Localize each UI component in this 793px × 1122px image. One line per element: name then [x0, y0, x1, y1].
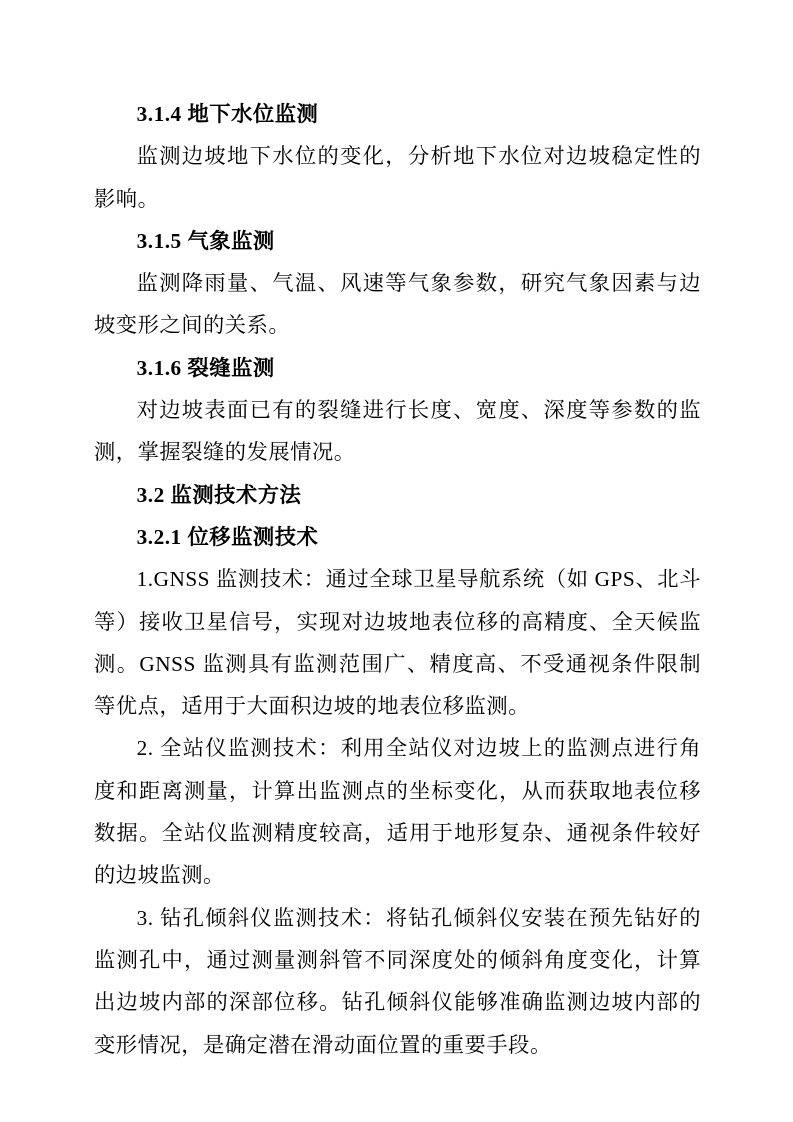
paragraph-borehole-inclinometer-technique: 3. 钻孔倾斜仪监测技术：将钻孔倾斜仪安装在预先钻好的监测孔中，通过测量测斜管不… — [94, 897, 701, 1066]
paragraph-crack-description: 对边坡表面已有的裂缝进行长度、宽度、深度等参数的监测，掌握裂缝的发展情况。 — [94, 389, 701, 474]
heading-3-2-1-displacement-monitoring: 3.2.1 位移监测技术 — [94, 516, 701, 558]
heading-3-1-4-groundwater-level-monitoring: 3.1.4 地下水位监测 — [94, 93, 701, 135]
heading-3-2-monitoring-techniques: 3.2 监测技术方法 — [94, 474, 701, 516]
paragraph-gnss-monitoring-technique: 1.GNSS 监测技术：通过全球卫星导航系统（如 GPS、北斗等）接收卫星信号，… — [94, 558, 701, 727]
paragraph-meteorological-description: 监测降雨量、气温、风速等气象参数，研究气象因素与边坡变形之间的关系。 — [94, 262, 701, 347]
paragraph-groundwater-level-description: 监测边坡地下水位的变化，分析地下水位对边坡稳定性的影响。 — [94, 135, 701, 220]
heading-3-1-5-meteorological-monitoring: 3.1.5 气象监测 — [94, 220, 701, 262]
heading-3-1-6-crack-monitoring: 3.1.6 裂缝监测 — [94, 347, 701, 389]
paragraph-total-station-technique: 2. 全站仪监测技术：利用全站仪对边坡上的监测点进行角度和距离测量，计算出监测点… — [94, 727, 701, 896]
document-page: 3.1.4 地下水位监测 监测边坡地下水位的变化，分析地下水位对边坡稳定性的影响… — [0, 0, 793, 1122]
